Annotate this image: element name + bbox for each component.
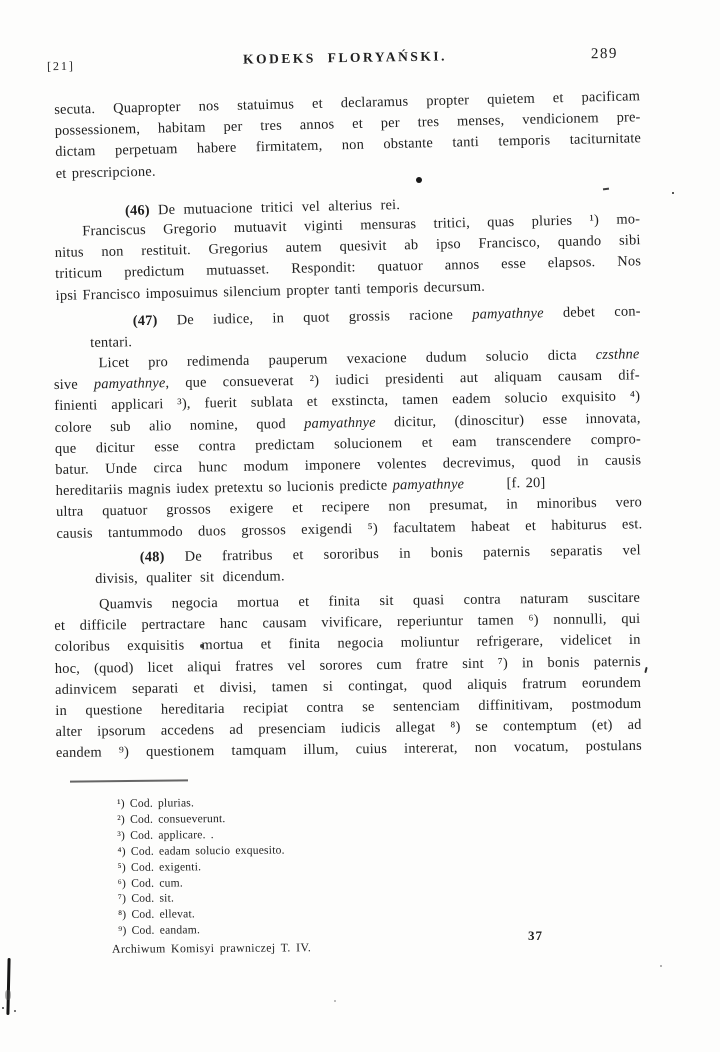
binding-edge-artifact [6,958,10,1015]
paragraph-franciscus: Franciscus Gregorio mutuavit viginti men… [54,209,642,307]
scan-smudge [200,644,204,648]
scan-speck [660,965,662,967]
running-title: KODEKS FLORYAŃSKI. [0,45,690,72]
scanned-page: [21] KODEKS FLORYAŃSKI. 289 secuta. Quap… [0,0,720,1052]
stray-mark [644,667,647,673]
scan-speck [14,1010,16,1012]
paragraph-quamvis: Quamvis negocia mortua et finita sit qua… [54,588,642,765]
ink-blot [416,177,422,183]
heading-48: (48) De fratribus et sororibus in bonis … [95,540,642,590]
paragraph-secuta: secuta. Quapropter nos statuimus et decl… [54,86,642,185]
footnote-list: ¹) Cod. plurias.²) Cod. consueverunt.³) … [117,792,538,939]
paragraph-licet: Licet pro redimenda pauperum vexacione d… [53,345,642,546]
scan-speck [2,1007,4,1009]
archive-signature: Archiwum Komisyi prawniczej T. IV. [112,940,311,957]
scan-speck [672,192,674,194]
binding-edge-smudge [5,990,11,1000]
text-blocks: secuta. Quapropter nos statuimus et decl… [55,100,641,765]
scan-speck [334,1000,336,1002]
footnote-item: ⁹) Cod. eandam. [118,920,538,940]
sheet-number: 37 [528,928,543,944]
footnote-separator [70,779,188,782]
page-number: 289 [591,46,618,63]
